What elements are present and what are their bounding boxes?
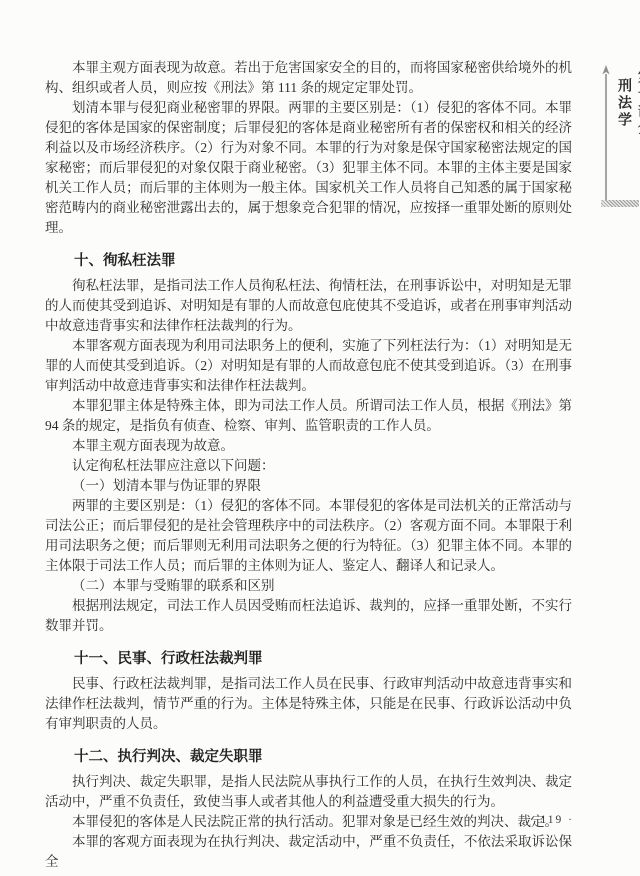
- paragraph: 本罪主观方面表现为故意。若出于危害国家安全的目的，而将国家秘密供给境外的机构、组…: [45, 58, 572, 98]
- tab-subject-label: 刑法学: [613, 78, 633, 129]
- book-page: { "colors": { "text": "#2a2a2a", "tab_gr…: [0, 0, 640, 876]
- tab-hatch-bar: [601, 200, 639, 207]
- paragraph: 认定徇私枉法罪应注意以下问题：: [45, 456, 572, 476]
- section-heading-12: 十二、执行判决、裁定失职罪: [45, 747, 572, 767]
- margin-thumb-tab: 第一部分 刑法学: [600, 63, 639, 207]
- paragraph: 本罪的客观方面表现为在执行判决、裁定活动中，严重不负责任，不依法采取诉讼保全: [45, 832, 572, 872]
- paragraph: 本罪犯罪主体是特殊主体，即为司法工作人员。所谓司法工作人员，根据《刑法》第 94…: [45, 396, 572, 436]
- page-body: 本罪主观方面表现为故意。若出于危害国家安全的目的，而将国家秘密供给境外的机构、组…: [45, 58, 572, 872]
- paragraph: 根据刑法规定，司法工作人员因受贿而枉法追诉、裁判的，应择一重罪处断，不实行数罪并…: [45, 596, 572, 636]
- tab-part-label: 第一部分: [633, 69, 640, 137]
- paragraph: 徇私枉法罪，是指司法工作人员徇私枉法、徇情枉法，在刑事诉讼中，对明知是无罪的人而…: [45, 276, 572, 336]
- sub-heading-1: （一）划清本罪与伪证罪的界限: [45, 476, 572, 496]
- paragraph: 本罪客观方面表现为利用司法职务上的便利，实施了下列枉法行为：（1）对明知是无罪的…: [45, 336, 572, 396]
- up-arrow-icon: [601, 65, 611, 203]
- paragraph: 划清本罪与侵犯商业秘密罪的界限。两罪的主要区别是：（1）侵犯的客体不同。本罪侵犯…: [45, 98, 572, 238]
- tab-label: 第一部分 刑法学: [613, 69, 640, 207]
- page-number: · 119 ·: [530, 814, 574, 826]
- paragraph: 执行判决、裁定失职罪，是指人民法院从事执行工作的人员，在执行生效判决、裁定活动中…: [45, 772, 572, 812]
- section-heading-10: 十、徇私枉法罪: [45, 251, 572, 271]
- paragraph: 本罪侵犯的客体是人民法院正常的执行活动。犯罪对象是已经生效的判决、裁定。: [45, 812, 572, 832]
- sub-heading-2: （二）本罪与受贿罪的联系和区别: [45, 576, 572, 596]
- section-heading-11: 十一、民事、行政枉法裁判罪: [45, 649, 572, 669]
- paragraph: 两罪的主要区别是：（1）侵犯的客体不同。本罪侵犯的客体是司法机关的正常活动与司法…: [45, 496, 572, 576]
- paragraph: 民事、行政枉法裁判罪，是指司法工作人员在民事、行政审判活动中故意违背事实和法律作…: [45, 674, 572, 734]
- paragraph: 本罪主观方面表现为故意。: [45, 436, 572, 456]
